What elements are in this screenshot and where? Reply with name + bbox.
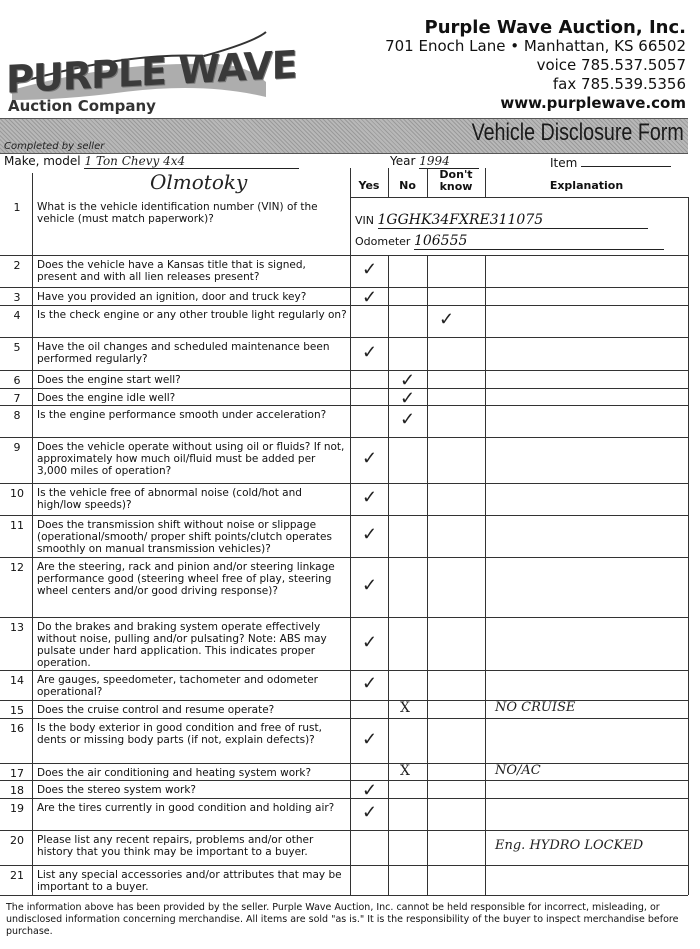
question-text: Does the engine start well?	[37, 374, 347, 386]
answer-cell-no[interactable]	[388, 483, 427, 515]
question-text: Are gauges, speedometer, tachometer and …	[37, 674, 347, 698]
checkmark-icon: ✓	[439, 309, 454, 330]
answer-cell-no[interactable]	[388, 865, 427, 895]
explanation-field[interactable]	[495, 370, 685, 384]
explanation-field[interactable]	[495, 870, 685, 884]
table-row: 3Have you provided an ignition, door and…	[0, 287, 688, 305]
odometer-value[interactable]: 106555	[414, 233, 664, 250]
row-number: 10	[4, 487, 30, 500]
answer-cell-dont-know[interactable]	[427, 557, 485, 617]
question-text: Does the cruise control and resume opera…	[37, 704, 347, 716]
table-row: 14Are gauges, speedometer, tachometer an…	[0, 670, 688, 700]
explanation-field[interactable]	[495, 450, 685, 464]
column-header-no: No	[388, 180, 427, 192]
table-row: 8Is the engine performance smooth under …	[0, 405, 688, 437]
explanation-field[interactable]	[495, 261, 685, 275]
question-text: Does the vehicle operate without using o…	[37, 441, 347, 477]
divider	[688, 197, 689, 895]
checkmark-icon: ✓	[400, 409, 415, 430]
answer-cell-dont-know[interactable]	[427, 437, 485, 483]
row-number: 3	[4, 291, 30, 304]
explanation-field[interactable]	[495, 804, 685, 818]
answer-cell-yes[interactable]	[350, 305, 388, 337]
answer-cell-no[interactable]	[388, 830, 427, 865]
table-row: 21List any special accessories and/or at…	[0, 865, 688, 895]
divider	[485, 168, 486, 197]
row-number: 6	[4, 374, 30, 387]
answer-cell-dont-know[interactable]	[427, 670, 485, 700]
explanation-field[interactable]	[495, 526, 685, 540]
row-number: 2	[4, 259, 30, 272]
answer-cell-no[interactable]	[388, 780, 427, 798]
answer-cell-dont-know[interactable]	[427, 798, 485, 830]
divider	[0, 895, 688, 896]
explanation-field[interactable]	[495, 675, 685, 689]
vin-label: VIN	[355, 214, 378, 227]
answer-cell-dont-know[interactable]	[427, 718, 485, 763]
row-number: 11	[4, 519, 30, 532]
answer-cell-yes[interactable]	[350, 405, 388, 437]
answer-cell-no[interactable]	[388, 337, 427, 370]
checkmark-icon: ✓	[362, 342, 377, 363]
row-number: 17	[4, 767, 30, 780]
answer-cell-dont-know[interactable]	[427, 865, 485, 895]
explanation-field[interactable]	[495, 731, 685, 745]
question-text: Is the vehicle free of abnormal noise (c…	[37, 487, 347, 511]
answer-cell-dont-know[interactable]	[427, 763, 485, 780]
table-row: 20Please list any recent repairs, proble…	[0, 830, 688, 865]
checkmark-icon: ✓	[362, 632, 377, 653]
explanation-field[interactable]	[495, 780, 685, 794]
row-number: 1	[4, 201, 30, 214]
answer-cell-no[interactable]	[388, 437, 427, 483]
question-text: Does the vehicle have a Kansas title tha…	[37, 259, 347, 283]
explanation-field[interactable]	[495, 634, 685, 648]
disclosure-table: YesNoDon't knowExplanation1What is the v…	[0, 0, 700, 949]
checkmark-icon: ✓	[362, 259, 377, 280]
question-text: Does the transmission shift without nois…	[37, 519, 347, 555]
column-header-dont-know: Don't know	[427, 169, 485, 193]
question-text: Is the check engine or any other trouble…	[37, 309, 347, 321]
table-row: 6Does the engine start well?✓	[0, 370, 688, 388]
answer-cell-dont-know[interactable]	[427, 337, 485, 370]
divider	[388, 168, 389, 197]
answer-cell-no[interactable]	[388, 557, 427, 617]
checkmark-icon: ✓	[362, 448, 377, 469]
explanation-field[interactable]	[495, 489, 685, 503]
answer-cell-yes[interactable]	[350, 700, 388, 718]
row-number: 7	[4, 392, 30, 405]
answer-cell-dont-know[interactable]	[427, 388, 485, 405]
answer-cell-no[interactable]	[388, 798, 427, 830]
table-row: 10Is the vehicle free of abnormal noise …	[0, 483, 688, 515]
seller-signature: Olmotoky	[150, 170, 247, 194]
table-row: 15Does the cruise control and resume ope…	[0, 700, 688, 718]
disclaimer: The information above has been provided …	[6, 902, 690, 938]
table-row: 16Is the body exterior in good condition…	[0, 718, 688, 763]
table-row: 19Are the tires currently in good condit…	[0, 798, 688, 830]
answer-cell-dont-know[interactable]	[427, 515, 485, 557]
odometer-field[interactable]: Odometer 106555	[355, 233, 664, 250]
row-number: 12	[4, 561, 30, 574]
checkmark-icon: ✓	[362, 487, 377, 508]
answer-cell-yes[interactable]	[350, 763, 388, 780]
row-number: 5	[4, 341, 30, 354]
question-text: Does the engine idle well?	[37, 392, 347, 404]
row-number: 19	[4, 802, 30, 815]
answer-cell-dont-know[interactable]	[427, 483, 485, 515]
column-header-explanation: Explanation	[485, 180, 688, 192]
table-row: 7Does the engine idle well?✓	[0, 388, 688, 405]
explanation-field[interactable]	[495, 577, 685, 591]
x-mark-icon: X	[400, 763, 410, 779]
table-row: 9Does the vehicle operate without using …	[0, 437, 688, 483]
checkmark-icon: ✓	[362, 673, 377, 694]
question-text: Is the body exterior in good condition a…	[37, 722, 347, 746]
explanation-field[interactable]: NO CRUISE	[495, 700, 685, 715]
table-row: 13Do the brakes and braking system opera…	[0, 617, 688, 670]
odometer-label: Odometer	[355, 235, 414, 248]
answer-cell-no[interactable]	[388, 305, 427, 337]
row-number: 16	[4, 722, 30, 735]
explanation-field[interactable]	[495, 411, 685, 425]
answer-cell-yes[interactable]	[350, 865, 388, 895]
row-number: 9	[4, 441, 30, 454]
row-number: 21	[4, 869, 30, 882]
row-number: 15	[4, 704, 30, 717]
answer-cell-no[interactable]	[388, 515, 427, 557]
question-text: Does the stereo system work?	[37, 784, 347, 796]
explanation-field[interactable]	[495, 344, 685, 358]
question-text: Are the steering, rack and pinion and/or…	[37, 561, 347, 597]
table-row: 17Does the air conditioning and heating …	[0, 763, 688, 780]
column-header-yes: Yes	[350, 180, 388, 192]
question-text: Does the air conditioning and heating sy…	[37, 767, 347, 779]
table-row: 5Have the oil changes and scheduled main…	[0, 337, 688, 370]
row-number: 4	[4, 309, 30, 322]
table-row: 18Does the stereo system work?✓	[0, 780, 688, 798]
question-text: Is the engine performance smooth under a…	[37, 409, 347, 421]
explanation-field[interactable]: Eng. HYDRO LOCKED	[495, 838, 685, 853]
answer-cell-dont-know[interactable]	[427, 780, 485, 798]
answer-cell-dont-know[interactable]	[427, 287, 485, 305]
answer-cell-dont-know[interactable]	[427, 405, 485, 437]
question-text: What is the vehicle identification numbe…	[37, 201, 347, 225]
vin-field[interactable]: VIN 1GGHK34FXRE311075	[355, 212, 648, 229]
row-number: 20	[4, 834, 30, 847]
vin-value[interactable]: 1GGHK34FXRE311075	[378, 212, 648, 229]
answer-cell-dont-know[interactable]	[427, 617, 485, 670]
answer-cell-no[interactable]	[388, 670, 427, 700]
answer-cell-dont-know[interactable]	[427, 700, 485, 718]
question-text: List any special accessories and/or attr…	[37, 869, 347, 893]
answer-cell-no[interactable]	[388, 287, 427, 305]
question-text: Are the tires currently in good conditio…	[37, 802, 347, 814]
table-row: 4Is the check engine or any other troubl…	[0, 305, 688, 337]
checkmark-icon: ✓	[362, 524, 377, 545]
row-number: 8	[4, 409, 30, 422]
explanation-field[interactable]	[495, 287, 685, 301]
explanation-field[interactable]	[495, 311, 685, 325]
x-mark-icon: X	[400, 700, 410, 716]
answer-cell-yes[interactable]	[350, 370, 388, 388]
explanation-field[interactable]: NO/AC	[495, 763, 685, 778]
row-number: 18	[4, 784, 30, 797]
answer-cell-no[interactable]	[388, 617, 427, 670]
checkmark-icon: ✓	[362, 802, 377, 823]
question-text: Have you provided an ignition, door and …	[37, 291, 347, 303]
answer-cell-yes[interactable]	[350, 830, 388, 865]
answer-cell-dont-know[interactable]	[427, 255, 485, 287]
answer-cell-dont-know[interactable]	[427, 370, 485, 388]
explanation-field[interactable]	[495, 388, 685, 402]
row-number: 13	[4, 621, 30, 634]
checkmark-icon: ✓	[362, 729, 377, 750]
question-text: Please list any recent repairs, problems…	[37, 834, 347, 858]
answer-cell-no[interactable]	[388, 255, 427, 287]
row-number: 14	[4, 674, 30, 687]
answer-cell-no[interactable]	[388, 718, 427, 763]
divider	[427, 168, 428, 197]
checkmark-icon: ✓	[362, 575, 377, 596]
answer-cell-yes[interactable]	[350, 388, 388, 405]
question-text: Have the oil changes and scheduled maint…	[37, 341, 347, 365]
question-text: Do the brakes and braking system operate…	[37, 621, 347, 669]
table-row: 11Does the transmission shift without no…	[0, 515, 688, 557]
table-row: 2Does the vehicle have a Kansas title th…	[0, 255, 688, 287]
answer-cell-dont-know[interactable]	[427, 830, 485, 865]
table-row: 12Are the steering, rack and pinion and/…	[0, 557, 688, 617]
answer-cell-dont-know[interactable]	[427, 305, 485, 337]
